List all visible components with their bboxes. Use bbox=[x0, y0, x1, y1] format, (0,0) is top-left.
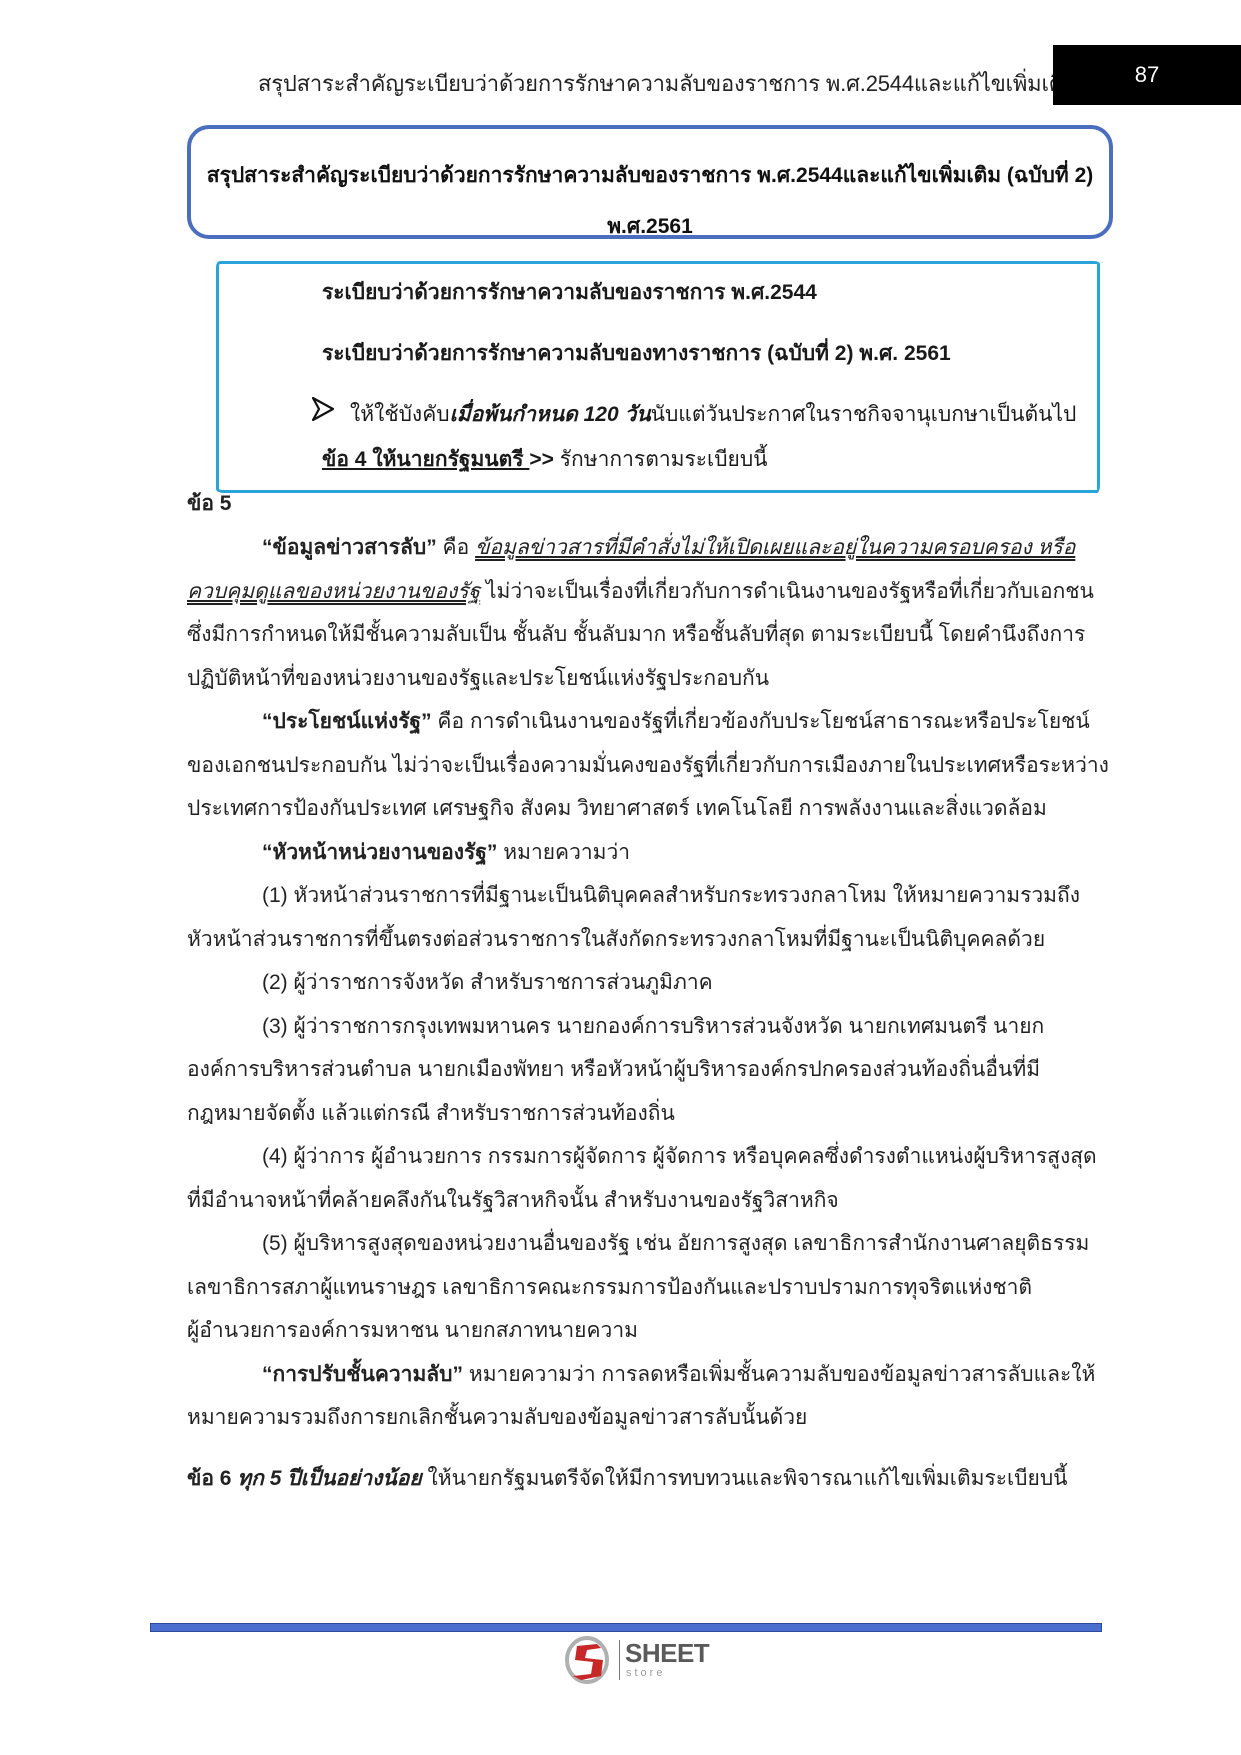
title-line-1: สรุปสาระสำคัญระเบียบว่าด้วยการรักษาความล… bbox=[191, 159, 1109, 192]
definition-agency-head: “หัวหน้าหน่วยงานของรัฐ” หมายความว่า bbox=[262, 836, 630, 869]
effective-period: เมื่อพ้นกำหนด 120 วัน bbox=[450, 403, 651, 426]
clause-6-line: ข้อ 6 ทุก 5 ปีเป็นอย่างน้อย ให้นายกรัฐมน… bbox=[187, 1462, 1068, 1495]
body-line: ปฏิบัติหน้าที่ของหน่วยงานของรัฐและประโยช… bbox=[187, 662, 769, 695]
body-line: ประเทศการป้องกันประเทศ เศรษฐกิจ สังคม วิ… bbox=[187, 792, 1047, 825]
regulation-2544: ระเบียบว่าด้วยการรักษาความลับของราชการ พ… bbox=[322, 276, 817, 309]
list-item: กฎหมายจัดตั้ง แล้วแต่กรณี สำหรับราชการส่… bbox=[187, 1097, 675, 1130]
sheet-store-logo: SHEET store bbox=[563, 1636, 723, 1684]
footer-bar bbox=[150, 1623, 1102, 1632]
clause-4-line: ข้อ 4 ให้นายกรัฐมนตรี >> รักษาการตามระเบ… bbox=[322, 443, 768, 476]
clause-6-label: ข้อ 6 bbox=[187, 1467, 237, 1490]
effective-date-line: ให้ใช้บังคับเมื่อพ้นกำหนด 120 วันนับแต่ว… bbox=[350, 398, 1076, 431]
list-item: องค์การบริหารส่วนตำบล นายกเมืองพัทยา หรื… bbox=[187, 1053, 1040, 1086]
arrow-bullet-icon bbox=[312, 397, 334, 421]
logo-s-icon bbox=[563, 1636, 615, 1684]
body-line: ซึ่งมีการกำหนดให้มีชั้นความลับเป็น ชั้นล… bbox=[187, 618, 1085, 651]
body-line: หมายความรวมถึงการยกเลิกชั้นความลับของข้อ… bbox=[187, 1401, 807, 1434]
definition-reclassification: “การปรับชั้นความลับ” หมายความว่า การลดหร… bbox=[262, 1358, 1095, 1391]
page-number: 87 bbox=[1135, 62, 1159, 88]
definition-state-benefit: “ประโยชน์แห่งรัฐ” คือ การดำเนินงานของรัฐ… bbox=[262, 705, 1090, 738]
list-item: หัวหน้าส่วนราชการที่ขึ้นตรงต่อส่วนราชการ… bbox=[187, 923, 1045, 956]
list-item: (4) ผู้ว่าการ ผู้อำนวยการ กรรมการผู้จัดก… bbox=[262, 1140, 1097, 1173]
list-item: ที่มีอำนาจหน้าที่คล้ายคลึงกันในรัฐวิสาหก… bbox=[187, 1184, 839, 1217]
definition-secret-info: “ข้อมูลข่าวสารลับ” คือ ข้อมูลข่าวสารที่ม… bbox=[262, 531, 1075, 564]
clause-5-label: ข้อ 5 bbox=[187, 487, 231, 520]
title-line-2: พ.ศ.2561 bbox=[191, 210, 1109, 243]
title-box: สรุปสาระสำคัญระเบียบว่าด้วยการรักษาความล… bbox=[187, 125, 1113, 239]
body-line: ควบคุมดูแลของหน่วยงานของรัฐ ไม่ว่าจะเป็น… bbox=[187, 575, 1094, 608]
list-item: (5) ผู้บริหารสูงสุดของหน่วยงานอื่นของรัฐ… bbox=[262, 1227, 1089, 1260]
list-item: (2) ผู้ว่าราชการจังหวัด สำหรับราชการส่วน… bbox=[262, 966, 713, 999]
logo-text: SHEET bbox=[625, 1638, 709, 1669]
list-item: (3) ผู้ว่าราชการกรุงเทพมหานคร นายกองค์กา… bbox=[262, 1010, 1044, 1043]
body-line: ของเอกชนประกอบกัน ไม่ว่าจะเป็นเรื่องความ… bbox=[187, 749, 1109, 782]
logo-subtext: store bbox=[626, 1667, 665, 1679]
logo-separator bbox=[619, 1640, 620, 1680]
list-item: (1) หัวหน้าส่วนราชการที่มีฐานะเป็นนิติบุ… bbox=[262, 879, 1080, 912]
list-item: ผู้อำนวยการองค์การมหาชน นายกสภาทนายความ bbox=[187, 1314, 638, 1347]
regulation-2561: ระเบียบว่าด้วยการรักษาความลับของทางราชกา… bbox=[322, 337, 951, 370]
list-item: เลขาธิการสภาผู้แทนราษฎร เลขาธิการคณะกรรม… bbox=[187, 1271, 1032, 1304]
page-number-box: 87 bbox=[1053, 45, 1241, 105]
clause-4-label: ข้อ 4 ให้นายกรัฐมนตรี bbox=[322, 448, 529, 471]
running-header-title: สรุปสาระสำคัญระเบียบว่าด้วยการรักษาความล… bbox=[258, 66, 1038, 101]
